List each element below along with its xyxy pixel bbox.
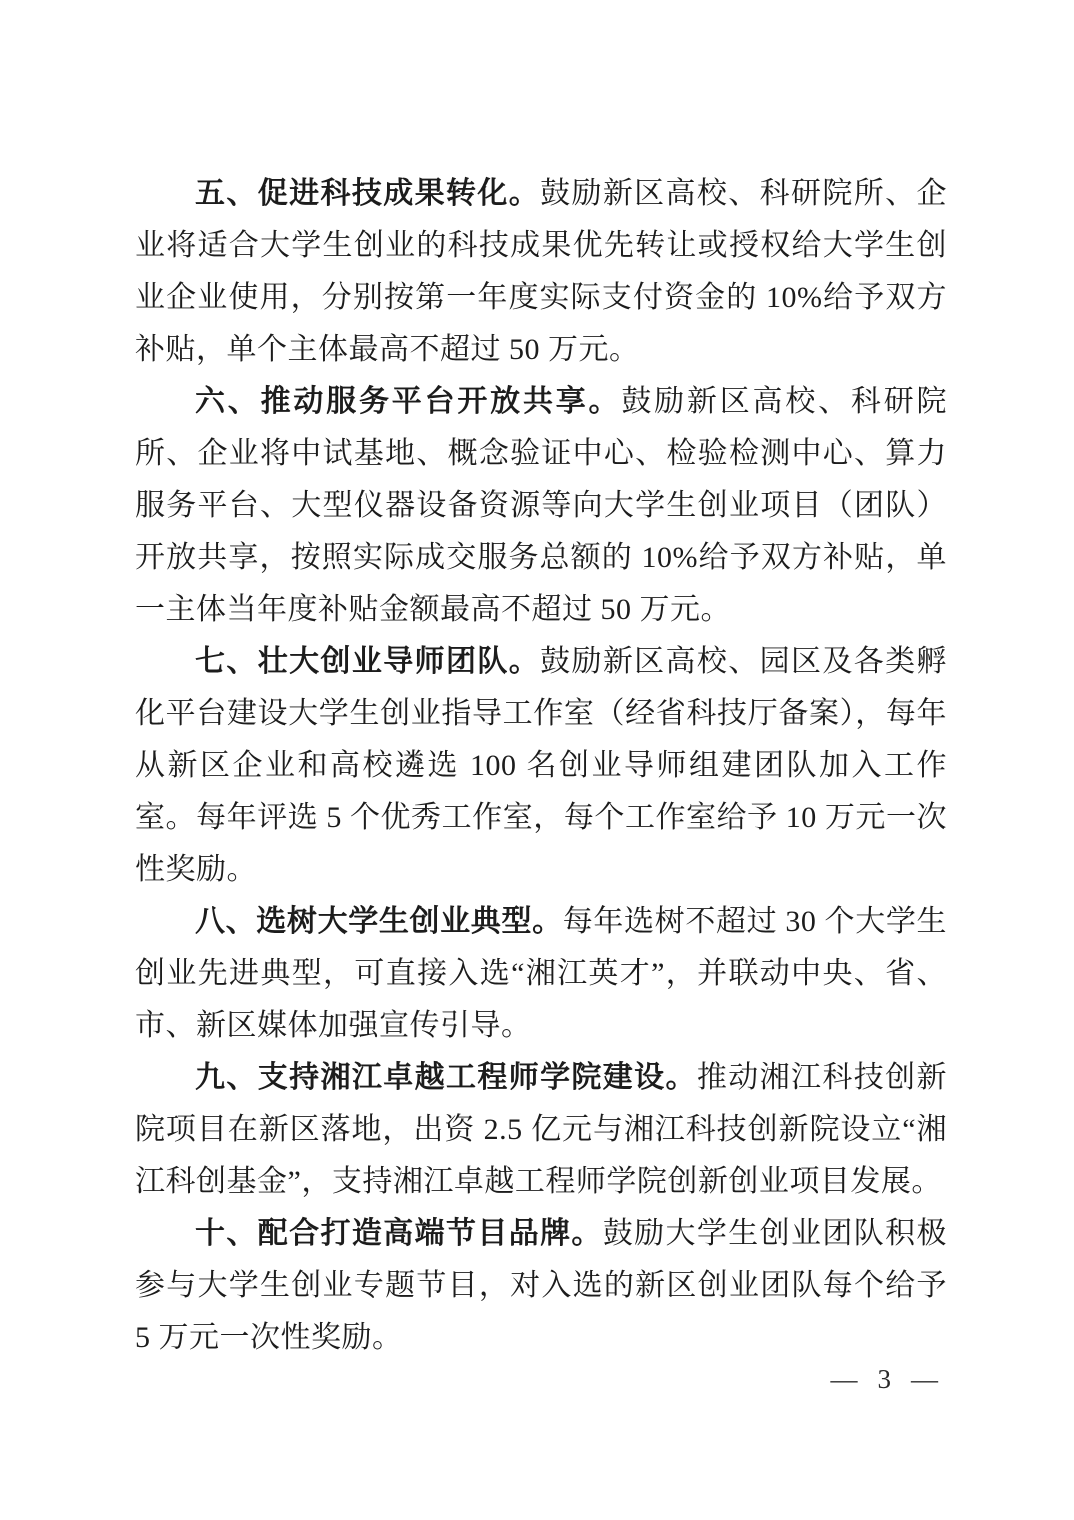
section-6-heading: 六、推动服务平台开放共享。	[195, 385, 621, 418]
section-6-paragraph: 六、推动服务平台开放共享。鼓励新区高校、科研院所、企业将中试基地、概念验证中心、…	[135, 376, 947, 636]
footer-right-dash: —	[911, 1362, 938, 1396]
section-5-heading: 五、促进科技成果转化。	[195, 177, 540, 210]
section-7-heading: 七、壮大创业导师团队。	[195, 645, 540, 678]
section-6-body: 鼓励新区高校、科研院所、企业将中试基地、概念验证中心、检验检测中心、算力服务平台…	[135, 385, 947, 626]
section-10-heading: 十、配合打造高端节目品牌。	[195, 1217, 603, 1250]
section-8-heading: 八、选树大学生创业典型。	[195, 905, 563, 938]
page-number: 3	[878, 1362, 892, 1396]
section-9-heading: 九、支持湘江卓越工程师学院建设。	[195, 1061, 697, 1094]
document-body: 五、促进科技成果转化。鼓励新区高校、科研院所、企业将适合大学生创业的科技成果优先…	[135, 168, 947, 1364]
section-7-paragraph: 七、壮大创业导师团队。鼓励新区高校、园区及各类孵化平台建设大学生创业指导工作室（…	[135, 636, 947, 896]
footer-left-dash: —	[831, 1362, 858, 1396]
section-7-body: 鼓励新区高校、园区及各类孵化平台建设大学生创业指导工作室（经省科技厅备案），每年…	[135, 645, 947, 886]
section-10-paragraph: 十、配合打造高端节目品牌。鼓励大学生创业团队积极参与大学生创业专题节目，对入选的…	[135, 1208, 947, 1364]
document-page: 五、促进科技成果转化。鼓励新区高校、科研院所、企业将适合大学生创业的科技成果优先…	[0, 0, 1074, 1520]
section-9-paragraph: 九、支持湘江卓越工程师学院建设。推动湘江科技创新院项目在新区落地，出资 2.5 …	[135, 1052, 947, 1208]
section-8-paragraph: 八、选树大学生创业典型。每年选树不超过 30 个大学生创业先进典型，可直接入选“…	[135, 896, 947, 1052]
section-5-paragraph: 五、促进科技成果转化。鼓励新区高校、科研院所、企业将适合大学生创业的科技成果优先…	[135, 168, 947, 376]
page-footer: — 3 —	[817, 1362, 953, 1396]
